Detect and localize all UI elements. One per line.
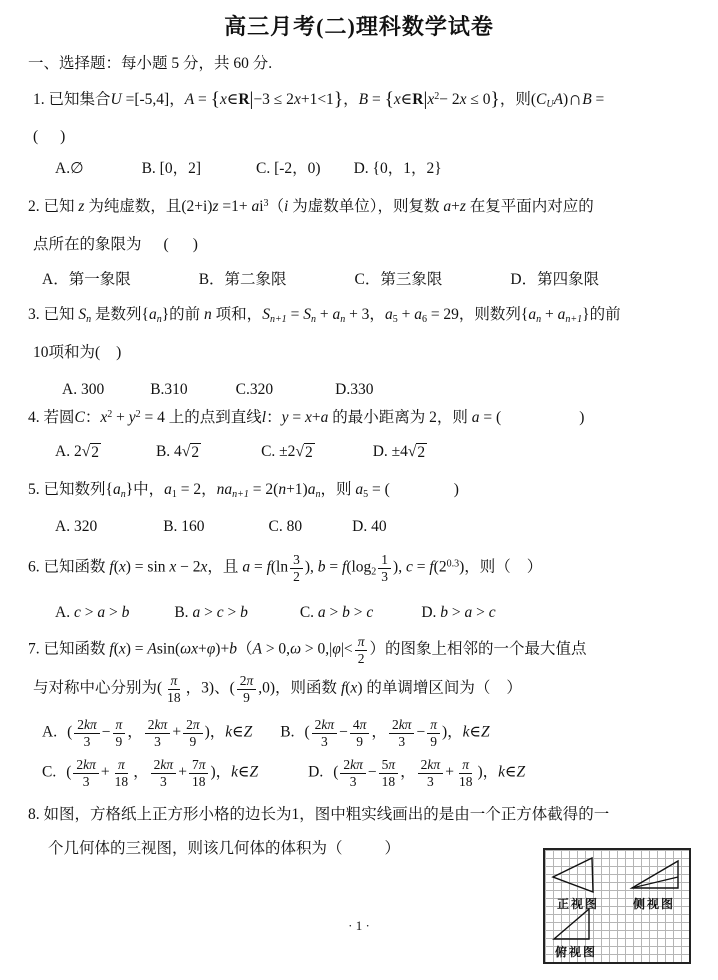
fraction-numerator: π	[168, 673, 181, 690]
text-run: 3	[398, 734, 405, 749]
sqrt-radical: √	[295, 443, 304, 461]
q7-options-cd: C.(2kπ3+π18，2kπ3+7π18)，k∈ZD.(2kπ3−5π18，2…	[42, 757, 525, 789]
text-run: > 0,|	[301, 641, 332, 658]
q6-options: A. c > a > bB. a > c > bC. a > b > cD. b…	[55, 602, 496, 624]
text-run: B. [0，2]	[142, 160, 201, 177]
italic-run: Z	[250, 764, 259, 781]
italic-run: kπ	[83, 757, 96, 772]
italic-run: kπ	[399, 717, 412, 732]
fraction-numerator: 2kπ	[340, 757, 366, 774]
text-run: >	[448, 604, 465, 621]
text-run: + 3，	[345, 306, 385, 323]
text-run: >	[224, 604, 241, 621]
fraction-denominator: 3	[347, 774, 360, 790]
text-run: ，则	[320, 481, 355, 498]
text-run: ）	[385, 840, 401, 857]
text-run: +	[101, 764, 110, 781]
math-fraction: π18	[164, 673, 184, 705]
text-run: 9	[189, 734, 196, 749]
fraction-denominator: 3	[81, 734, 94, 750]
italic-run: a	[443, 198, 451, 215]
three-view-figure: 正视图 侧视图 俯视图	[543, 848, 691, 964]
text-run: +	[316, 306, 333, 323]
big-glyph: }	[334, 89, 343, 110]
text-run: (log	[346, 559, 371, 576]
math-fraction: 2kπ3	[389, 717, 415, 749]
fraction-denominator: 2	[355, 651, 368, 667]
text-run: )，	[210, 764, 231, 781]
side-view-inner-line	[632, 877, 678, 888]
math-fraction: 32	[290, 552, 303, 584]
fraction-denominator: 9	[427, 734, 440, 750]
italic-run: B	[359, 91, 368, 108]
fraction-numerator: 2kπ	[389, 717, 415, 734]
page-number: · 1 ·	[0, 918, 718, 934]
italic-run: a	[318, 604, 326, 621]
text-run: )	[116, 344, 121, 361]
italic-run: π	[360, 717, 367, 732]
text-run: =	[287, 306, 304, 323]
sqrt-argument: 2	[304, 443, 315, 462]
page-title: 高三月考(二)理科数学试卷	[0, 10, 718, 41]
q8-line1: 8. 如图，方格纸上正方形小格的边长为1，图中粗实线画出的是由一个正方体截得的一	[28, 804, 609, 826]
italic-run: y	[282, 409, 289, 426]
text-run: ) =	[126, 641, 148, 658]
text-run: +	[172, 724, 181, 741]
fraction-numerator: 2kπ	[74, 717, 100, 734]
text-run: 3	[84, 734, 91, 749]
front-view-label: 正视图	[557, 895, 599, 912]
text-run: 3	[350, 774, 357, 789]
text-run: 3	[381, 569, 388, 584]
math-fraction: 2kπ3	[151, 757, 177, 789]
fraction-denominator: 18	[112, 774, 132, 790]
text-run: 18	[115, 774, 129, 789]
italic-run: k	[498, 764, 505, 781]
text-run: 2	[240, 673, 247, 688]
text-run: )，	[442, 724, 463, 741]
italic-run: x	[460, 91, 467, 108]
subscript: 2	[371, 567, 376, 578]
math-fraction: 2kπ3	[312, 717, 338, 749]
fraction-denominator: 18	[379, 774, 399, 790]
text-run: 2. 已知	[28, 198, 78, 215]
text-run: ,0)，则函数	[258, 680, 341, 697]
text-run: 4	[353, 717, 360, 732]
text-run: (ln	[271, 559, 288, 576]
text-run: =[-5,4]，	[122, 91, 185, 108]
q1-answer-blank: ()	[33, 126, 65, 148]
italic-run: b	[318, 559, 326, 576]
text-run: 9	[116, 734, 123, 749]
italic-run: A	[185, 91, 194, 108]
math-fraction: π9	[113, 717, 126, 749]
text-run: ∈	[505, 764, 516, 781]
italic-run: b	[229, 641, 237, 658]
italic-run: c	[366, 604, 373, 621]
math-fraction: 4π9	[350, 717, 370, 749]
subscript: n+1	[270, 314, 287, 325]
text-run: +1)	[286, 481, 308, 498]
front-view-triangle	[553, 858, 593, 892]
text-run: ∈	[401, 91, 412, 108]
text-run: B.	[174, 604, 192, 621]
text-run: C.320	[236, 381, 273, 398]
text-run: ∈	[238, 764, 249, 781]
text-run: 18	[459, 774, 473, 789]
text-run: ),	[305, 559, 318, 576]
italic-run: π	[462, 757, 469, 772]
italic-run: φ	[332, 641, 341, 658]
math-fraction: π18	[112, 757, 132, 789]
text-run: >	[350, 604, 367, 621]
text-run: ，	[127, 724, 143, 741]
text-run: 为虚数单位），则复数	[288, 198, 443, 215]
side-view-triangle	[632, 861, 678, 888]
italic-run: a	[113, 481, 121, 498]
text-run: ) 的单调增区间为（	[357, 680, 490, 697]
text-run: ，3)、(	[186, 680, 235, 697]
italic-run: k	[463, 724, 470, 741]
fraction-numerator: 4π	[350, 717, 370, 734]
italic-run: S	[303, 306, 311, 323]
italic-run: π	[430, 717, 437, 732]
italic-run: b	[240, 604, 248, 621]
text-run: 6. 已知函数	[28, 559, 109, 576]
sqrt-radical: √	[408, 443, 417, 461]
text-run: (	[66, 764, 71, 781]
text-run: D. {0，1，2}	[354, 160, 442, 177]
q3-line2: 10项和为()	[33, 342, 121, 364]
text-run: +	[541, 306, 558, 323]
sqrt-radical: √	[82, 443, 91, 461]
text-run: D.330	[335, 381, 373, 398]
text-run: =1+	[218, 198, 251, 215]
text-run: +	[451, 198, 460, 215]
text-run: A. 300	[62, 381, 104, 398]
italic-run: x	[305, 409, 312, 426]
text-run: 项和，	[212, 306, 262, 323]
italic-run: a	[164, 481, 172, 498]
italic-run: A	[147, 641, 156, 658]
italic-run: c	[217, 604, 224, 621]
italic-run: U	[111, 91, 122, 108]
text-run: ，	[133, 764, 149, 781]
text-run: > 0,	[262, 641, 290, 658]
q8-line2: 个几何体的三视图，则该几何体的体积为（）	[48, 838, 400, 860]
text-run: 1. 已知集合	[33, 91, 111, 108]
text-run: （	[269, 198, 285, 215]
fraction-numerator: 2kπ	[145, 717, 171, 734]
text-run: >	[81, 604, 98, 621]
top-view-label: 俯视图	[555, 943, 597, 960]
text-run: (	[67, 724, 72, 741]
side-view-label: 侧视图	[633, 895, 675, 912]
q7-line2: 与对称中心分别为(π18，3)、(2π9,0)，则函数 f(x) 的单调增区间为…	[33, 673, 522, 705]
fraction-denominator: 2	[290, 569, 303, 585]
fraction-denominator: 18	[164, 690, 184, 706]
text-run: （	[237, 641, 253, 658]
italic-run: x	[119, 559, 126, 576]
italic-run: Z	[244, 724, 253, 741]
q4-line1: 4. 若圆C：x2 + y2 = 4 上的点到直线l：y = x+a 的最小距离…	[28, 407, 584, 429]
text-run: (	[164, 236, 169, 253]
text-run: 2	[77, 717, 84, 732]
text-run: 4. 若圆	[28, 409, 75, 426]
math-fraction: 2kπ3	[145, 717, 171, 749]
fraction-numerator: 7π	[189, 757, 209, 774]
text-run: 5. 已知数列{	[28, 481, 113, 498]
text-run: 的最小距离为 2，则	[328, 409, 471, 426]
italic-run: kπ	[84, 717, 97, 732]
text-run: A. 2	[55, 443, 82, 460]
text-run: +	[198, 641, 207, 658]
text-run: A．第一象限	[42, 271, 131, 288]
math-fraction: 2kπ3	[73, 757, 99, 789]
italic-run: π	[388, 757, 395, 772]
text-run: ，且	[207, 559, 242, 576]
section-header: 一、选择题：每小题 5 分，共 60 分.	[28, 53, 272, 75]
italic-run: a	[414, 306, 422, 323]
fraction-numerator: 1	[378, 552, 391, 569]
fraction-denominator: 3	[318, 734, 331, 750]
math-fraction: 5π18	[379, 757, 399, 789]
text-run: A. 320	[55, 518, 97, 535]
fraction-numerator: π	[427, 717, 440, 734]
text-run: (	[304, 724, 309, 741]
q4-options: A. 2√2B. 4√2C. ±2√2D. ±4√2	[55, 441, 427, 463]
fraction-denominator: 18	[189, 774, 209, 790]
text-run: ：	[85, 409, 101, 426]
italic-run: π	[116, 717, 123, 732]
text-run: )	[579, 409, 584, 426]
text-run: }的前	[162, 306, 204, 323]
text-run: =	[289, 409, 306, 426]
text-run: 为纯虚数，且(2+i)	[84, 198, 212, 215]
italic-run: π	[171, 673, 178, 688]
text-run: D.	[308, 764, 323, 781]
italic-run: φ	[207, 641, 216, 658]
fraction-denominator: 3	[378, 569, 391, 585]
q1-options: A.∅B. [0，2]C. [-2，0)D. {0，1，2}	[55, 158, 442, 180]
text-run: 个几何体的三视图，则该几何体的体积为（	[48, 840, 343, 857]
text-run: − 2	[439, 91, 459, 108]
text-run: 3	[293, 552, 300, 567]
big-glyph: {	[211, 89, 220, 110]
bold-run: R	[238, 91, 249, 108]
italic-run: a	[385, 306, 393, 323]
subscript: n+1	[232, 489, 249, 500]
text-run: C.	[300, 604, 318, 621]
text-run: A.	[42, 724, 57, 741]
text-run: C. 80	[269, 518, 303, 535]
text-run: −	[368, 764, 377, 781]
text-run: ≤ 0	[467, 91, 491, 108]
italic-run: π	[247, 673, 254, 688]
q3-options: A. 300B.310C.320D.330	[62, 379, 373, 401]
fraction-numerator: 2kπ	[73, 757, 99, 774]
italic-run: y	[129, 409, 136, 426]
q7-line1: 7. 已知函数 f(x) = Asin(ωx+φ)+b（A > 0,ω > 0,…	[28, 634, 586, 666]
text-run: D.	[421, 604, 440, 621]
text-run: ，	[343, 91, 359, 108]
fraction-denominator: 9	[113, 734, 126, 750]
text-run: )，则（	[459, 559, 511, 576]
text-run: 2	[392, 717, 399, 732]
text-run: )	[60, 128, 65, 145]
math-sqrt: √2	[408, 443, 427, 462]
text-run: ，则(	[500, 91, 536, 108]
italic-run: x	[119, 641, 126, 658]
text-run: ∈	[227, 91, 238, 108]
q5-options: A. 320B. 160C. 80D. 40	[55, 516, 387, 538]
sqrt-radical: √	[182, 443, 191, 461]
italic-run: n	[204, 306, 212, 323]
text-run: +	[312, 409, 321, 426]
text-run: ）的图象上相邻的一个最大值点	[369, 641, 586, 658]
text-run: ）	[527, 559, 543, 576]
text-run: = (	[368, 481, 390, 498]
big-glyph: {	[385, 89, 394, 110]
text-run: −	[339, 724, 348, 741]
text-run: ，	[371, 724, 387, 741]
text-run: )+	[215, 641, 229, 658]
text-run: ),	[393, 559, 406, 576]
q3-line1: 3. 已知 Sn 是数列{an}的前 n 项和，Sn+1 = Sn + an +…	[28, 304, 621, 328]
text-run: +	[178, 764, 187, 781]
italic-run: kπ	[321, 717, 334, 732]
text-run: +	[112, 409, 129, 426]
text-run: =	[250, 559, 267, 576]
text-run: 3. 已知	[28, 306, 78, 323]
text-run: 3	[83, 774, 90, 789]
text-run: = 4 上的点到直线	[141, 409, 262, 426]
italic-run: x	[294, 91, 301, 108]
text-run: (	[33, 128, 38, 145]
text-run: 在复平面内对应的	[466, 198, 594, 215]
text-run: D．第四象限	[510, 271, 599, 288]
text-run: 一、选择题：每小题 5 分，共 60 分.	[28, 55, 272, 72]
math-fraction: π9	[427, 717, 440, 749]
q6-line1: 6. 已知函数 f(x) = sin x − 2x，且 a = f(ln32),…	[28, 552, 542, 584]
fraction-denominator: 9	[186, 734, 199, 750]
text-run: +1<1	[301, 91, 334, 108]
fraction-numerator: 2π	[237, 673, 257, 690]
italic-run: a	[242, 559, 250, 576]
text-run: ，	[400, 764, 416, 781]
math-fraction: 2kπ3	[418, 757, 444, 789]
italic-run: kπ	[427, 757, 440, 772]
text-run: (	[333, 764, 338, 781]
math-fraction: 2π9	[237, 673, 257, 705]
text-run: 18	[192, 774, 206, 789]
fraction-denominator: 18	[456, 774, 476, 790]
big-glyph: }	[491, 89, 500, 110]
fraction-denominator: 9	[240, 690, 253, 706]
text-run: A.∅	[55, 160, 84, 177]
text-run: 3	[321, 734, 328, 749]
text-run: D. 40	[352, 518, 386, 535]
italic-run: π	[118, 757, 125, 772]
text-run: 点所在的象限为	[33, 236, 142, 253]
fraction-numerator: 2π	[183, 717, 203, 734]
italic-run: c	[406, 559, 413, 576]
text-run: −	[416, 724, 425, 741]
italic-run: c	[489, 604, 496, 621]
sqrt-argument: 2	[416, 443, 427, 462]
text-run: =	[194, 91, 211, 108]
italic-run: A	[554, 91, 563, 108]
italic-run: a	[528, 306, 536, 323]
text-run: >	[105, 604, 122, 621]
italic-run: kπ	[155, 717, 168, 732]
text-run: 3	[427, 774, 434, 789]
math-sqrt: √2	[182, 443, 201, 462]
text-run: C. ±2	[261, 443, 295, 460]
italic-run: C	[75, 409, 85, 426]
fraction-denominator: 3	[424, 774, 437, 790]
text-run: >	[326, 604, 343, 621]
text-run: 2	[191, 444, 199, 461]
fraction-numerator: π	[115, 757, 128, 774]
subscript: U	[546, 99, 553, 110]
text-run: 3	[160, 774, 167, 789]
italic-run: na	[217, 481, 233, 498]
text-run: 9	[243, 690, 250, 705]
italic-run: S	[78, 306, 86, 323]
text-run: C. [-2，0)	[256, 160, 321, 177]
q2-line2: 点所在的象限为()	[33, 234, 198, 256]
italic-run: b	[122, 604, 130, 621]
math-fraction: π18	[456, 757, 476, 789]
text-run: =	[592, 91, 605, 108]
italic-run: b	[440, 604, 448, 621]
text-run: 2	[358, 651, 365, 666]
italic-run: S	[262, 306, 270, 323]
italic-run: a	[472, 409, 480, 426]
fraction-numerator: 3	[290, 552, 303, 569]
italic-run: C	[536, 91, 546, 108]
text-run: B.	[280, 724, 294, 741]
text-run: |<	[341, 641, 353, 658]
italic-run: n	[278, 481, 286, 498]
text-run: 9	[356, 734, 363, 749]
text-run: A.	[55, 604, 74, 621]
fraction-denominator: 3	[151, 734, 164, 750]
fraction-numerator: π	[355, 634, 368, 651]
text-run: 是数列{	[91, 306, 149, 323]
text-run: )，	[205, 724, 226, 741]
text-run: 8. 如图，方格纸上正方形小格的边长为1，图中粗实线画出的是由一个正方体截得的一	[28, 806, 609, 823]
text-run: )	[193, 236, 198, 253]
text-run: =	[368, 91, 385, 108]
fraction-numerator: 2kπ	[418, 757, 444, 774]
fraction-denominator: 3	[80, 774, 93, 790]
text-run: 7	[192, 757, 199, 772]
text-run: D. ±4	[373, 443, 408, 460]
text-run: B．第二象限	[199, 271, 287, 288]
italic-run: B	[582, 91, 591, 108]
italic-run: x	[394, 91, 401, 108]
big-glyph: ∩	[568, 89, 582, 110]
italic-run: k	[231, 764, 238, 781]
text-run: ：	[266, 409, 282, 426]
text-run: 7. 已知函数	[28, 641, 109, 658]
text-run: − 2	[176, 559, 200, 576]
text-run: 9	[430, 734, 437, 749]
italic-run: Z	[516, 764, 525, 781]
italic-run: π	[358, 634, 365, 649]
